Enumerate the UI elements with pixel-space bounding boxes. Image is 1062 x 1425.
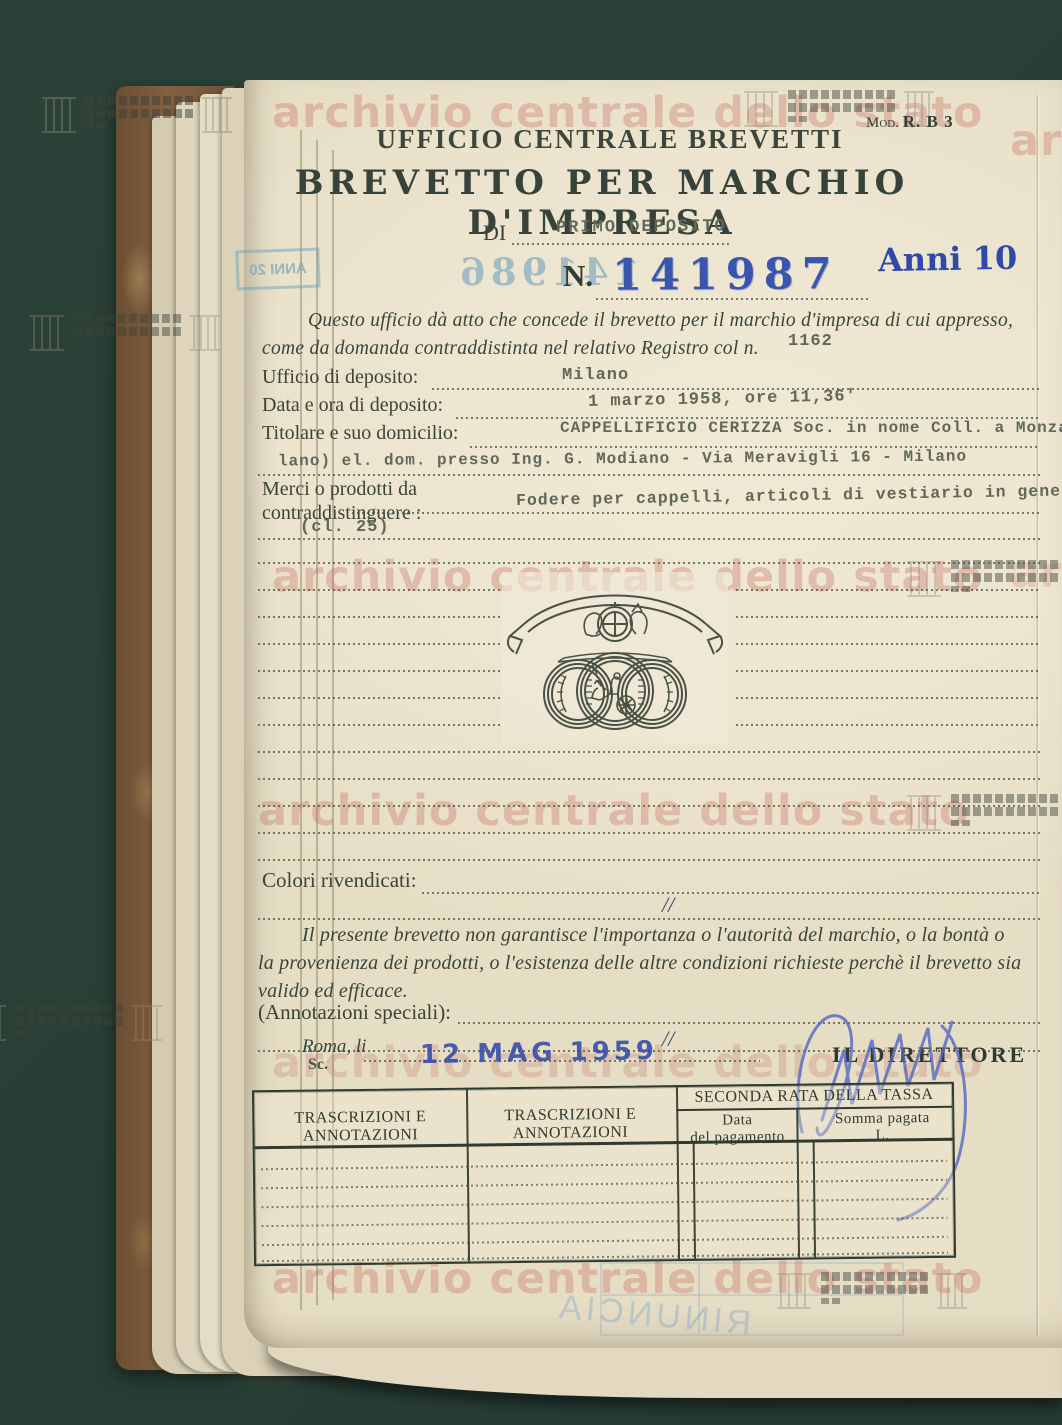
table-somma-header-line1: Somma pagata: [814, 1110, 950, 1129]
dotted-line: [596, 298, 868, 300]
field-label-merci-1: Merci o prodotti da: [262, 478, 417, 501]
colori-null-mark: //: [662, 892, 674, 918]
table-col1-header: TRASCRIZIONI E ANNOTAZIONI: [258, 1108, 462, 1146]
dotted-line: [736, 616, 1040, 618]
anni20-bleedthrough-stamp: ANNI 20: [235, 248, 320, 291]
field-label-ufficio: Ufficio di deposito:: [262, 366, 418, 389]
table-somma-header-line2: L.: [814, 1127, 950, 1146]
field-value-titolare: CAPPELLIFICIO CERIZZA Soc. in nome Coll.…: [560, 419, 1062, 437]
field-value-ufficio: Milano: [562, 366, 629, 385]
table-data-header: Data del pagamento: [678, 1112, 796, 1147]
table-row: [261, 1179, 947, 1189]
dotted-line: [258, 859, 1040, 861]
dotted-line: [258, 832, 1040, 834]
dotted-line: [258, 724, 502, 726]
dotted-line: [736, 589, 1040, 591]
disclaimer-line1: Il presente brevetto non garantisce l'im…: [302, 924, 1005, 947]
dotted-line: [258, 538, 1040, 540]
table-row: [262, 1236, 948, 1246]
dotted-line: [258, 616, 502, 618]
colonnade-watermark-icon: [905, 790, 1062, 834]
field-value-classe: (cl. 25): [300, 518, 390, 537]
deposit-type-stamp: PRIMO DEPOSITO: [556, 217, 727, 237]
dotted-line: [258, 778, 1040, 780]
archive-watermark-text-partial: arc: [1010, 116, 1062, 166]
sc-label: Sc.: [308, 1056, 328, 1074]
scanned-book-page: archivio centrale dello stato archivio c…: [0, 0, 1062, 1425]
colonnade-watermark-icon: [28, 310, 222, 354]
dotted-line: [736, 643, 1040, 645]
di-label: DI: [483, 220, 506, 246]
dotted-line: [258, 589, 502, 591]
field-label-titolare: Titolare e suo domicilio:: [262, 422, 458, 445]
place-label: Roma, li: [302, 1036, 366, 1058]
dotted-line: [258, 918, 1040, 920]
disclaimer-line2: la provenienza dei prodotti, o l'esisten…: [258, 952, 1021, 975]
number-label: N.: [563, 258, 593, 294]
table-row: [261, 1160, 947, 1170]
dotted-line: [258, 670, 502, 672]
office-heading: UFFICIO CENTRALE BREVETTI: [330, 124, 890, 155]
dotted-line: [258, 805, 1040, 807]
table-col2-header: TRASCRIZIONI E ANNOTAZIONI: [468, 1105, 672, 1143]
colonnade-watermark-icon: [0, 1000, 164, 1044]
table-data-header-line1: Data: [678, 1112, 796, 1130]
dotted-line: [258, 474, 1040, 476]
trademark-emblem-image: [502, 572, 728, 744]
registry-number-stamp: 1162: [788, 332, 833, 351]
colori-label: Colori rivendicati:: [262, 868, 417, 893]
dotted-line: [512, 243, 732, 245]
date-stamp: 12 MAG 1959: [420, 1036, 658, 1070]
dotted-line: [258, 751, 1040, 753]
intro-line1: Questo ufficio dà atto che concede il br…: [308, 310, 1013, 332]
table-somma-header: Somma pagata L.: [814, 1110, 950, 1146]
table-divider: [796, 1110, 799, 1258]
mod-value: R. B 3: [903, 112, 954, 131]
dotted-line: [422, 892, 1040, 894]
archive-watermark-text: archivio centrale dello stato: [258, 786, 969, 836]
dotted-line: [736, 724, 1040, 726]
table-data-header-line2: del pagamento: [678, 1129, 796, 1147]
dotted-line: [352, 512, 1040, 514]
dotted-line: [736, 670, 1040, 672]
dotted-line: [258, 562, 1040, 564]
annotazioni-label: (Annotazioni speciali):: [258, 1000, 451, 1025]
registrations-table: TRASCRIZIONI E ANNOTAZIONI TRASCRIZIONI …: [252, 1082, 956, 1267]
dotted-line: [258, 643, 502, 645]
table-row: [262, 1217, 948, 1227]
duration-stamp: Anni 10: [878, 239, 1018, 279]
annotazioni-null-mark: //: [662, 1026, 674, 1052]
page-fold-crease: [1036, 95, 1040, 1335]
dotted-line: [258, 697, 502, 699]
table-tassa-header: SECONDA RATA DELLA TASSA: [678, 1086, 950, 1107]
patent-number-stamp: 141987: [612, 249, 840, 301]
table-row: [261, 1198, 947, 1208]
field-label-data: Data e ora di deposito:: [262, 394, 443, 417]
intro-line2: come da domanda contraddistinta nel rela…: [262, 338, 759, 360]
colonnade-watermark-icon: [40, 92, 234, 136]
dotted-line: [736, 697, 1040, 699]
